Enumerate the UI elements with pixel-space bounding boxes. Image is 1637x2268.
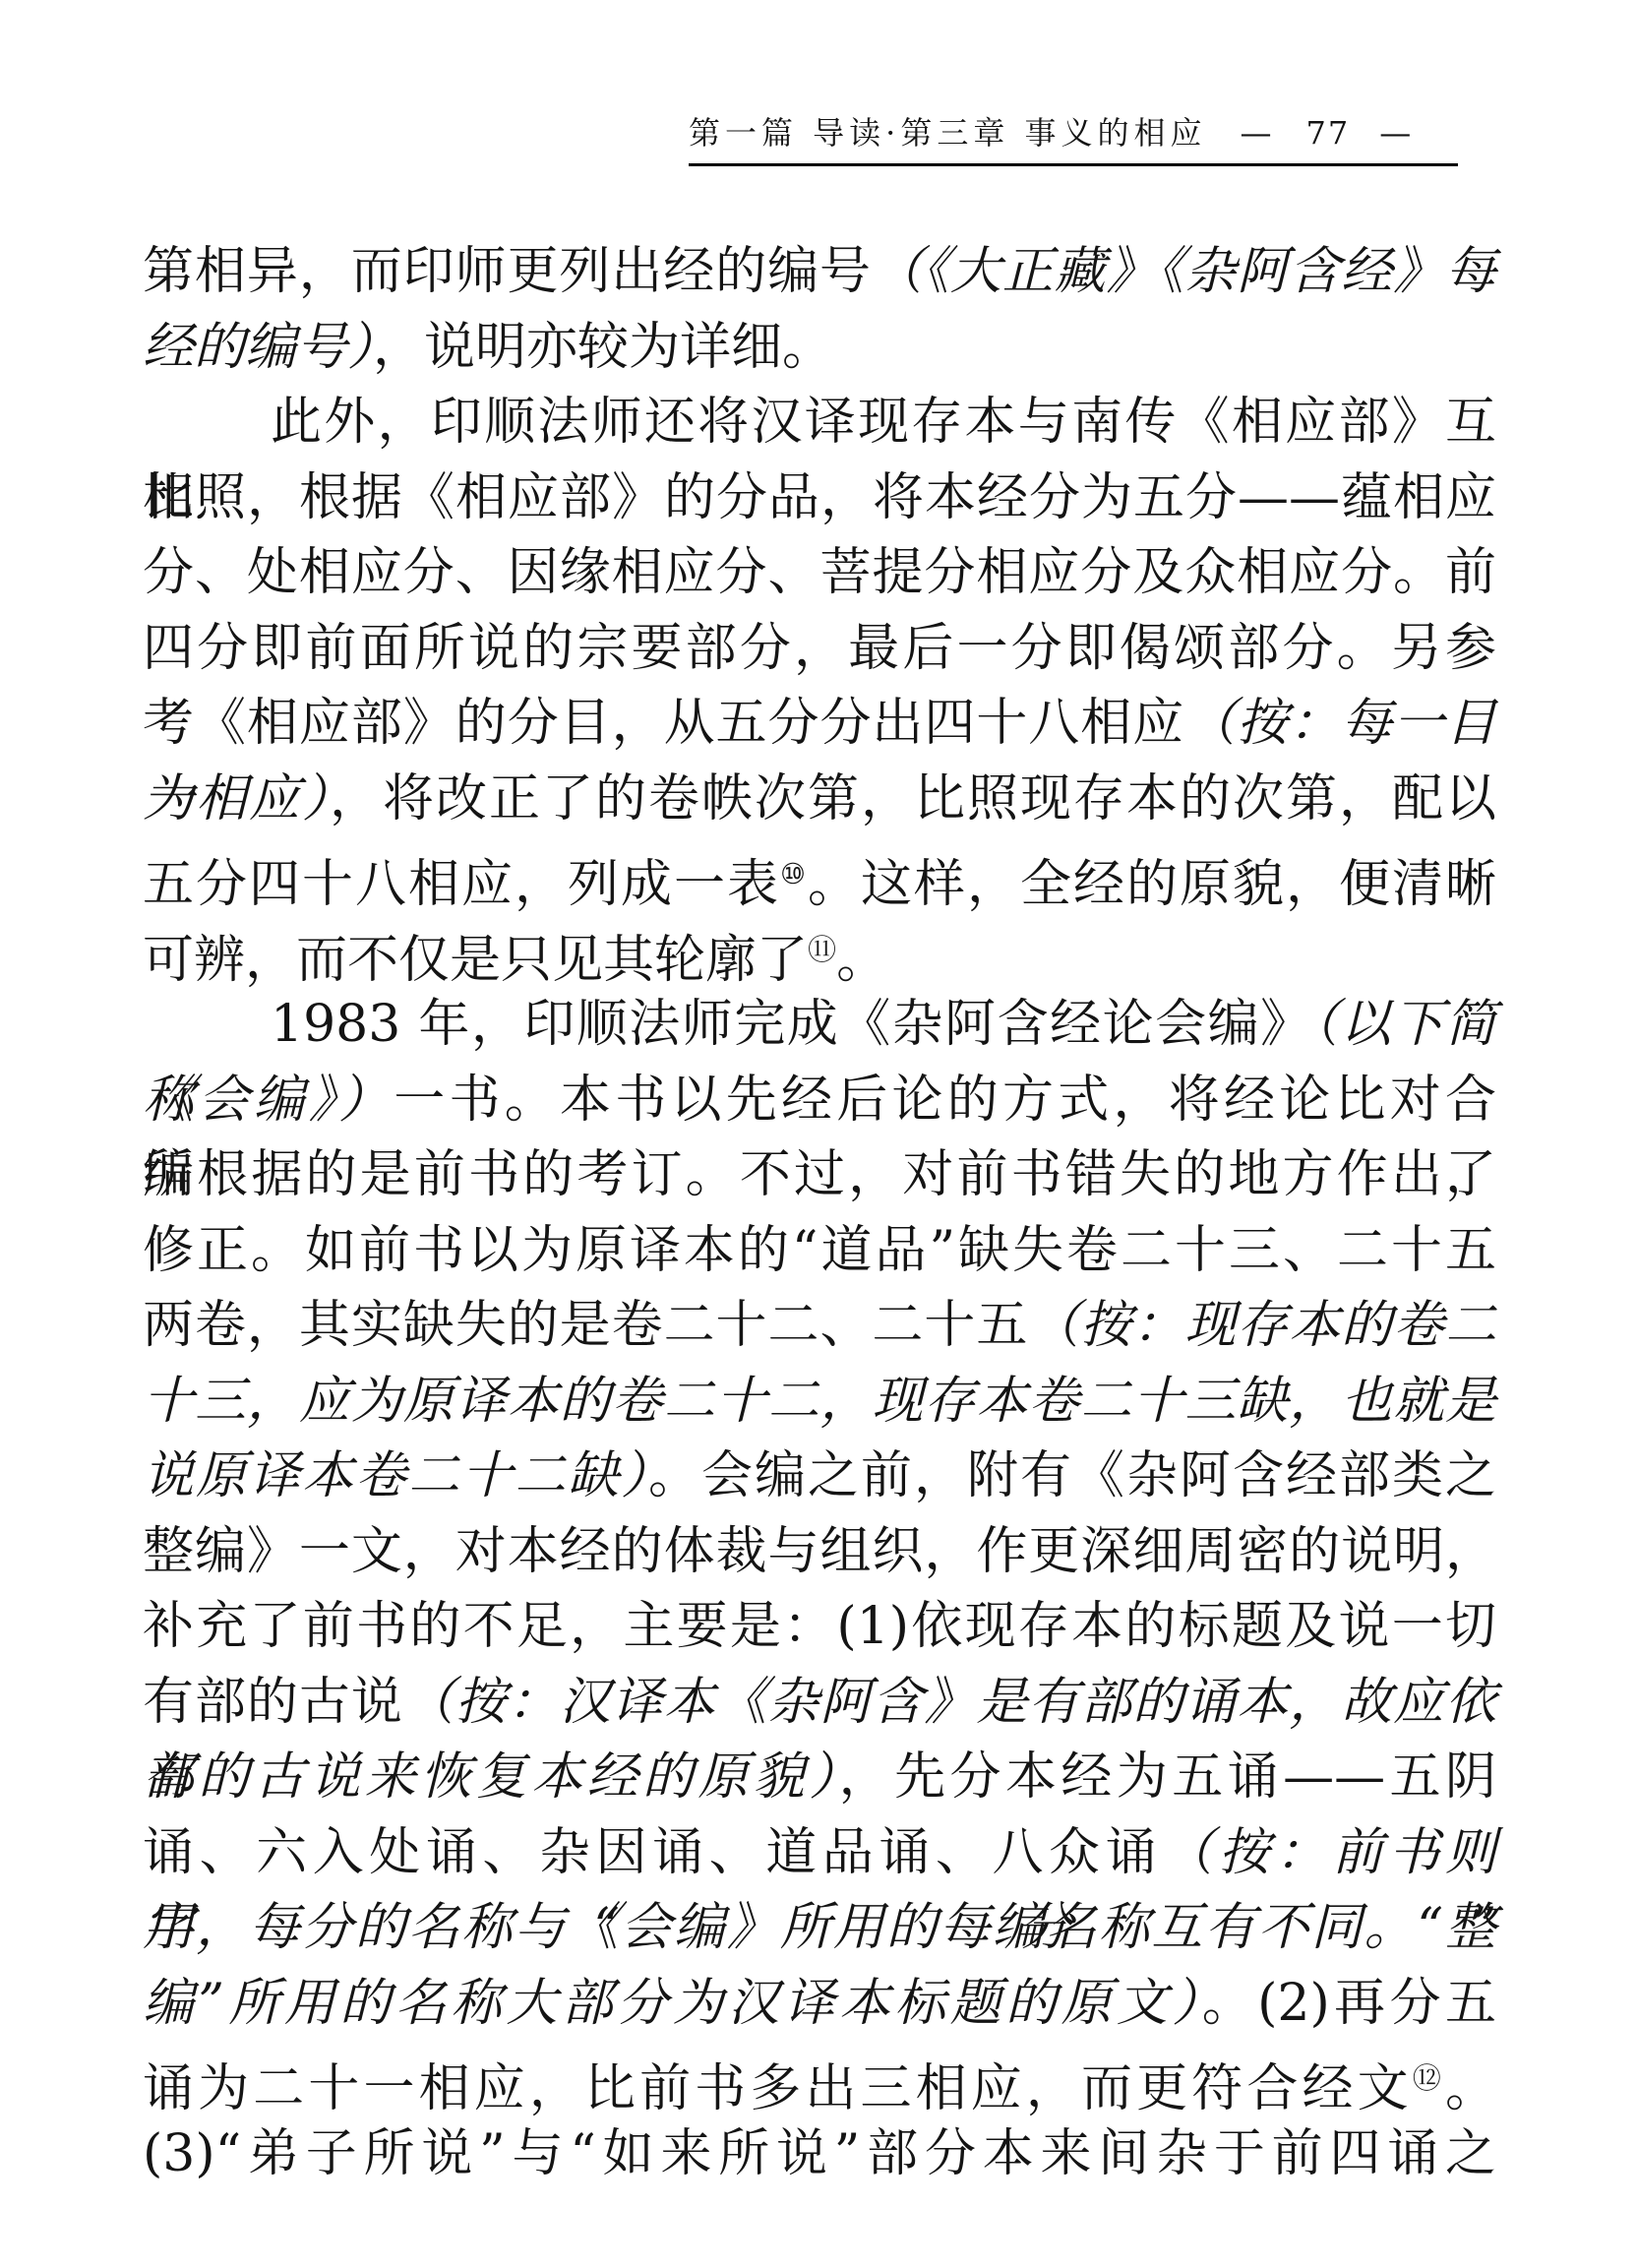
footnote-marker: ⑫	[1413, 2061, 1445, 2095]
text-segment: 一相应）	[143, 769, 330, 828]
text-line: 字，每分的名称与《会编》所用的每编名称互有不同。“整	[143, 1890, 1496, 1966]
text-segment: 补充了前书的不足，主要是：(1)依现存本的标题及说一切	[143, 1597, 1496, 1656]
text-line: 此外，印顺法师还将汉译现存本与南传《相应部》互相	[143, 385, 1496, 460]
text-line: 《会编》）一书。本书以先经后论的方式，将经论比对合编，	[143, 1063, 1496, 1138]
text-segment: 整编》一文，对本经的体裁与组织，作更深细周密的说明，	[143, 1522, 1496, 1581]
text-line: 十三，应为原译本的卷二十二，现存本卷二十三缺，也就是	[143, 1364, 1496, 1440]
body-text: 第相异，而印师更列出经的编号（《大正藏》《杂阿含经》每经的编号），说明亦较为详细…	[143, 234, 1496, 2191]
text-line: 部的古说来恢复本经的原貌），先分本经为五诵——五阴	[143, 1740, 1496, 1815]
text-line: 有部的古说（按：汉译本《杂阿含》是有部的诵本，故应依有	[143, 1665, 1496, 1741]
text-line: 整编》一文，对本经的体裁与组织，作更深细周密的说明，	[143, 1514, 1496, 1590]
text-line: 诵为二十一相应，比前书多出三相应，而更符合经文⑫。	[143, 2041, 1496, 2116]
text-segment: 《会编》）	[143, 1071, 394, 1130]
text-line: 所根据的是前书的考订。不过，对前书错失的地方作出了	[143, 1137, 1496, 1213]
text-line: 分、处相应分、因缘相应分、菩提分相应分及众相应分。前	[143, 535, 1496, 611]
header-title: 第一篇 导读·第三章 事义的相应	[689, 108, 1207, 153]
text-line: 可辨，而不仅是只见其轮廓了⑪。	[143, 912, 1496, 988]
text-segment: 。	[836, 931, 887, 990]
text-segment: 诵为二十一相应，比前书多出三相应，而更符合经文	[143, 2059, 1413, 2118]
text-line: 五分四十八相应，列成一表⑩。这样，全经的原貌，便清晰	[143, 836, 1496, 912]
text-segment: 说原译本卷二十二缺）	[143, 1446, 648, 1505]
text-line: 第相异，而印师更列出经的编号（《大正藏》《杂阿含经》每	[143, 234, 1496, 310]
text-segment: 第相异，而印师更列出经的编号	[143, 242, 872, 301]
text-segment: 经的编号）	[143, 318, 373, 377]
text-segment: 部的古说来恢复本经的原貌）	[143, 1747, 839, 1807]
text-line: 1983 年，印顺法师完成《杂阿含经论会编》（以下简称	[143, 987, 1496, 1063]
running-header: 第一篇 导读·第三章 事义的相应 — 77 —	[689, 108, 1458, 153]
footnote-marker: ⑪	[808, 933, 836, 966]
text-segment: 1983 年，印顺法师完成《杂阿含经论会编》	[271, 995, 1313, 1054]
text-segment: ，将改正了的卷帙次第，比照现存本的次第，配以	[330, 769, 1496, 828]
text-line: 两卷，其实缺失的是卷二十二、二十五（按：现存本的卷二	[143, 1288, 1496, 1364]
text-line: 经的编号），说明亦较为详细。	[143, 310, 1496, 386]
text-segment: 编”所用的名称大部分为汉译本标题的原文）	[143, 1974, 1202, 2033]
text-segment: 四分即前面所说的宗要部分，最后一分即偈颂部分。另参	[143, 619, 1496, 678]
header-dash-right: —	[1379, 114, 1413, 152]
header-page-number: 77	[1306, 114, 1351, 152]
text-line: 比照，根据《相应部》的分品，将本经分为五分——蕴相应	[143, 460, 1496, 536]
header-rule	[689, 163, 1458, 166]
text-segment: 修正。如前书以为原译本的“道品”缺失卷二十三、二十五	[143, 1221, 1496, 1280]
text-line: 编”所用的名称大部分为汉译本标题的原文）。(2)再分五	[143, 1966, 1496, 2042]
text-segment: 考《相应部》的分目，从五分分出四十八相应	[143, 694, 1184, 753]
text-segment: 分、处相应分、因缘相应分、菩提分相应分及众相应分。前	[143, 543, 1496, 602]
text-line: 补充了前书的不足，主要是：(1)依现存本的标题及说一切	[143, 1589, 1496, 1665]
text-segment: 两卷，其实缺失的是卷二十二、二十五	[143, 1296, 1028, 1355]
text-segment: 。(2)再分五	[1202, 1974, 1496, 2033]
text-line: 一相应），将改正了的卷帙次第，比照现存本的次第，配以	[143, 762, 1496, 837]
text-segment: 诵、六入处诵、杂因诵、道品诵、八众诵	[143, 1823, 1162, 1882]
text-segment: 字，每分的名称与《会编》所用的每编名称互有不同。“整	[143, 1898, 1496, 1957]
text-segment: 五分四十八相应，列成一表	[143, 855, 780, 914]
text-segment: 十三，应为原译本的卷二十二，现存本卷二十三缺，也就是	[143, 1372, 1496, 1431]
text-segment: 有部的古说	[143, 1673, 403, 1732]
text-line: 四分即前面所说的宗要部分，最后一分即偈颂部分。另参	[143, 611, 1496, 687]
text-line: (3)“弟子所说”与“如来所说”部分本来间杂于前四诵之	[143, 2116, 1496, 2192]
text-segment: 。这样，全经的原貌，便清晰	[808, 855, 1496, 914]
text-line: 修正。如前书以为原译本的“道品”缺失卷二十三、二十五	[143, 1213, 1496, 1289]
text-segment: 比照，根据《相应部》的分品，将本经分为五分——蕴相应	[143, 468, 1496, 527]
text-segment: （按：现存本的卷二	[1028, 1296, 1496, 1355]
header-dash-left: —	[1241, 114, 1277, 152]
book-page: 第一篇 导读·第三章 事义的相应 — 77 — 第相异，而印师更列出经的编号（《…	[0, 0, 1637, 2268]
text-segment: ，说明亦较为详细。	[373, 318, 833, 377]
text-segment: （《大正藏》《杂阿含经》每	[872, 242, 1496, 301]
text-segment: 可辨，而不仅是只见其轮廓了	[143, 931, 808, 990]
text-line: 诵、六入处诵、杂因诵、道品诵、八众诵（按：前书则用“分”	[143, 1815, 1496, 1891]
text-segment: 。会编之前，附有《杂阿含经部类之	[648, 1446, 1496, 1505]
footnote-marker: ⑩	[780, 857, 808, 890]
text-segment: ，先分本经为五诵——五阴	[839, 1747, 1496, 1807]
text-segment: (3)“弟子所说”与“如来所说”部分本来间杂于前四诵之	[143, 2124, 1496, 2183]
text-line: 考《相应部》的分目，从五分分出四十八相应（按：每一目为	[143, 686, 1496, 762]
text-line: 说原译本卷二十二缺）。会编之前，附有《杂阿含经部类之	[143, 1439, 1496, 1514]
text-segment: 所根据的是前书的考订。不过，对前书错失的地方作出了	[143, 1145, 1496, 1204]
text-segment: 。	[1445, 2059, 1496, 2118]
